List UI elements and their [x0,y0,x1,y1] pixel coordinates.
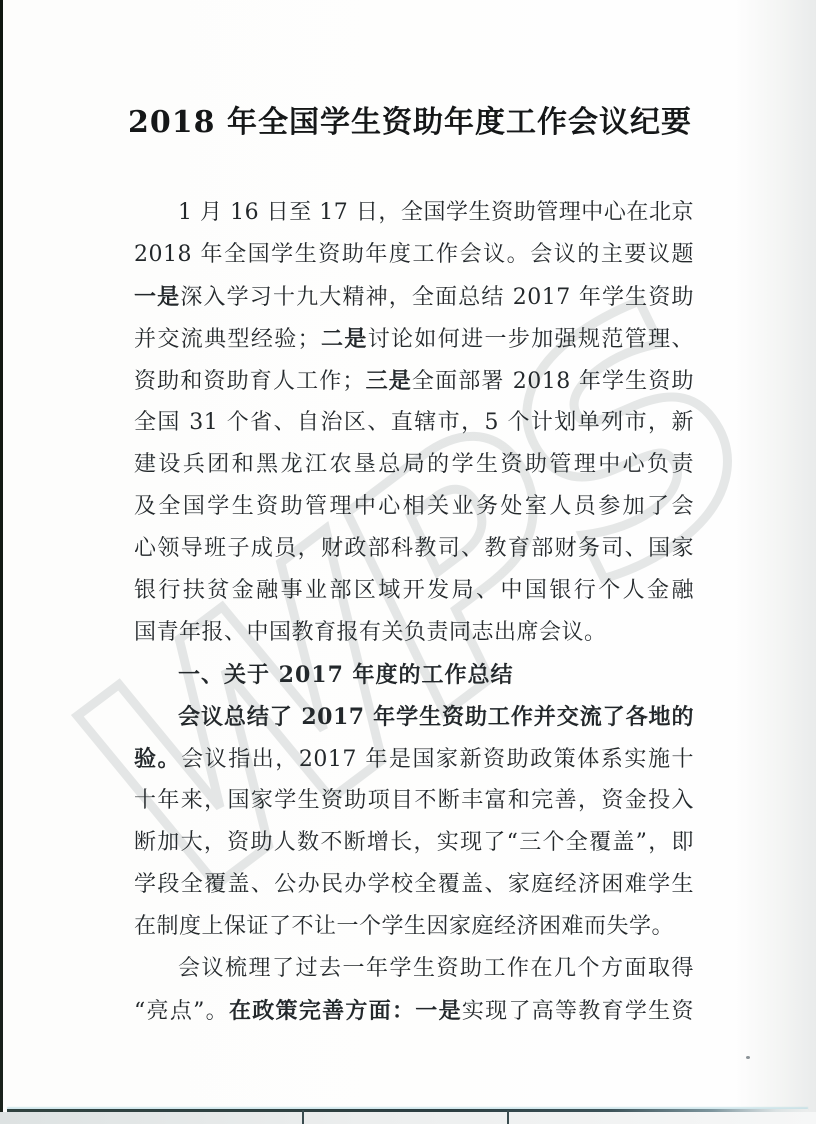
section-heading: 一、关于 2017 年度的工作总结 [134,654,694,696]
text-line: 并交流典型经验；二是讨论如何进一步加强规范管理、精准 [134,318,694,360]
text-line: 在制度上保证了不让一个学生因家庭经济困难而失学。 [134,906,694,948]
text-line: 十年来，国家学生资助项目不断丰富和完善，资金投入力度不 [134,780,694,822]
text-segment: 并交流典型经验； [134,327,320,352]
scan-bottom-band [0,1112,816,1124]
text-segment: 断加大，资助人数不断增长，实现了“三个全覆盖”，即各个 [134,830,694,864]
text-segment-bold: 三是 [365,368,412,394]
scan-bottom-line [7,1109,808,1112]
text-segment: 建设兵团和黑龙江农垦总局的学生资助管理中心负责人，以 [134,452,694,486]
text-segment: 国青年报、中国教育报有关负责同志出席会议。 [134,620,607,645]
text-line: 会议梳理了过去一年学生资助工作在几个方面取得的 [134,948,694,990]
text-line: 国青年报、中国教育报有关负责同志出席会议。 [134,612,694,654]
text-segment: 心领导班子成员，财政部科教司、教育部财务司、国家开发 [134,536,694,570]
document-title: 2018 年全国学生资助年度工作会议纪要 [128,97,688,141]
text-line: 及全国学生资助管理中心相关业务处室人员参加了会议。中 [134,486,694,528]
text-line: 2018 年全国学生资助年度工作会议。会议的主要议题有 3 项， [134,234,694,276]
text-segment: 深入学习十九大精神，全面总结 2017 年学生资助工作 [134,285,694,318]
text-line: “亮点”。在政策完善方面：一是实现了高等教育学生资助 [134,990,694,1032]
scan-tick-mark [507,1110,509,1124]
text-line: 资助和资助育人工作；三是全面部署 2018 年学生资助工作。 [134,360,694,402]
text-segment: 及全国学生资助管理中心相关业务处室人员参加了会议。中 [134,494,694,528]
text-segment: 2018 年全国学生资助年度工作会议。会议的主要议题有 3 项， [134,242,694,276]
text-segment-bold: 会议总结了 2017 年学生资助工作并交流了各地的典型经 [134,704,694,738]
text-segment-bold: 一是 [134,284,180,310]
scan-left-edge [0,0,3,1124]
text-segment: 1 月 16 日至 17 日，全国学生资助管理中心在北京召开 [134,200,694,234]
text-segment-bold: 验。 [134,746,181,772]
text-segment: 一、关于 2017 年度的工作总结 [178,662,514,688]
text-line: 断加大，资助人数不断增长，实现了“三个全覆盖”，即各个 [134,822,694,864]
text-segment: 学段全覆盖、公办民办学校全覆盖、家庭经济困难学生全覆盖， [134,872,694,906]
document-body: 1 月 16 日至 17 日，全国学生资助管理中心在北京召开 2018 年全国学… [134,192,694,1032]
scan-tick-mark [302,1110,304,1124]
text-segment: 资助和资助育人工作； [134,369,365,394]
text-segment: 会议梳理了过去一年学生资助工作在几个方面取得的 [134,956,694,990]
text-line: 银行扶贫金融事业部区域开发局、中国银行个人金融部、中 [134,570,694,612]
text-segment: 会议指出，2017 年是国家新资助政策体系实施十周年， [134,747,694,780]
text-line: 全国 31 个省、自治区、直辖市，5 个计划单列市，新疆生产 [134,402,694,444]
text-line: 一是深入学习十九大精神，全面总结 2017 年学生资助工作 [134,276,694,318]
text-segment: 在制度上保证了不让一个学生因家庭经济困难而失学。 [134,914,674,939]
text-segment: “亮点”。 [134,999,229,1024]
text-segment: 十年来，国家学生资助项目不断丰富和完善，资金投入力度不 [134,788,694,822]
text-line: 会议总结了 2017 年学生资助工作并交流了各地的典型经 [134,696,694,738]
text-line: 建设兵团和黑龙江农垦总局的学生资助管理中心负责人，以 [134,444,694,486]
text-line: 1 月 16 日至 17 日，全国学生资助管理中心在北京召开 [134,192,694,234]
text-line: 学段全覆盖、公办民办学校全覆盖、家庭经济困难学生全覆盖， [134,864,694,906]
text-segment: 银行扶贫金融事业部区域开发局、中国银行个人金融部、中 [134,578,694,612]
scan-speck [746,1056,750,1059]
text-segment-bold: 二是 [320,326,368,352]
text-segment-bold: 在政策完善方面：一是 [229,998,462,1024]
text-line: 验。会议指出，2017 年是国家新资助政策体系实施十周年， [134,738,694,780]
text-segment: 全国 31 个省、自治区、直辖市，5 个计划单列市，新疆生产 [134,410,694,444]
text-line: 心领导班子成员，财政部科教司、教育部财务司、国家开发 [134,528,694,570]
